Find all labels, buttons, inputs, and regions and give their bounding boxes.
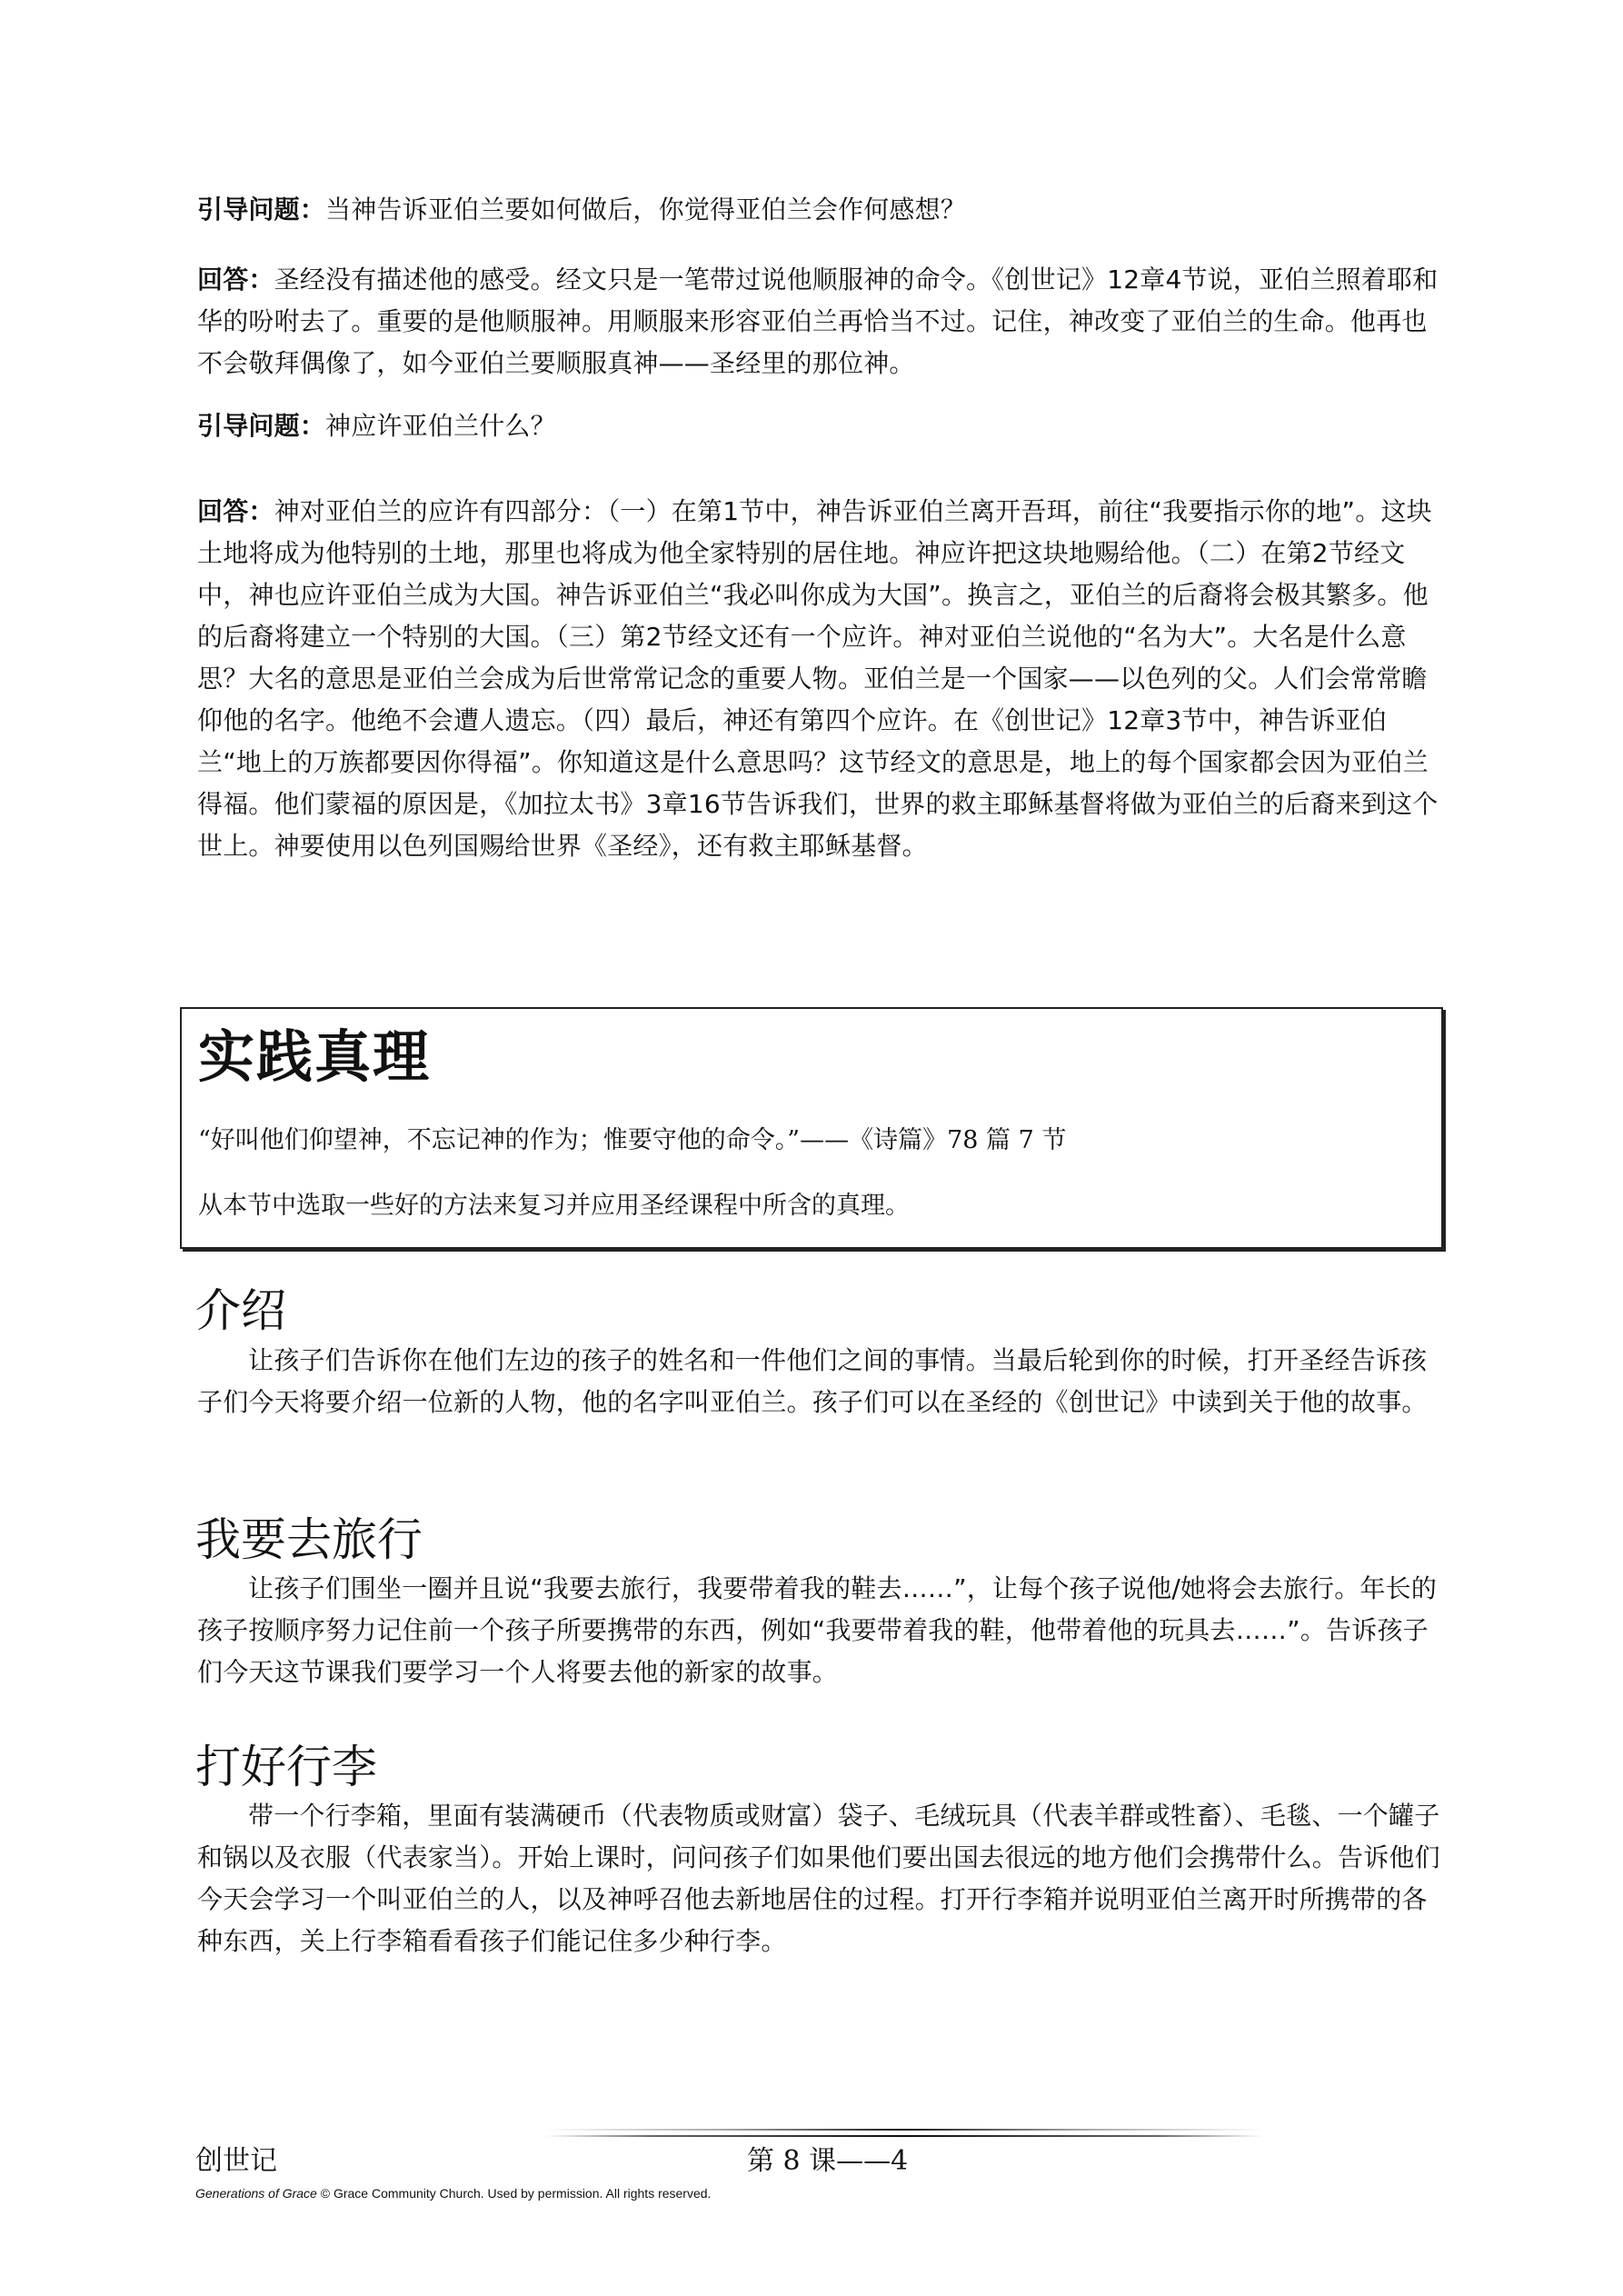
section-heading-trip-game: 我要去旅行 (195, 1514, 423, 1565)
practice-truth-title: 实践真理 (198, 1025, 431, 1089)
section-heading-introduction: 介绍 (195, 1285, 286, 1336)
section-heading-pack-luggage: 打好行李 (195, 1742, 377, 1792)
footer-book-title: 创世记 (195, 2143, 277, 2180)
question-label: 引导问题： (197, 411, 325, 441)
memory-verse: “好叫他们仰望神，不忘记神的作为；惟要守他的命令。”——《诗篇》78 篇 7 节 (198, 1125, 1066, 1156)
answer-2: 回答：神对亚伯兰的应许有四部分：（一）在第1节中，神告诉亚伯兰离开吾珥，前往“我… (197, 491, 1442, 867)
answer-label: 回答： (197, 265, 274, 294)
section-body-pack-luggage: 带一个行李箱，里面有装满硬币（代表物质或财富）袋子、毛绒玩具（代表羊群或牲畜）、… (197, 1795, 1442, 1962)
guiding-question-1: 引导问题：当神告诉亚伯兰要如何做后，你觉得亚伯兰会作何感想？ (197, 189, 1442, 231)
question-text: 当神告诉亚伯兰要如何做后，你觉得亚伯兰会作何感想？ (325, 195, 966, 225)
answer-text: 圣经没有描述他的感受。经文只是一笔带过说他顺服神的命令。《创世记》12章4节说，… (197, 265, 1438, 378)
section-body-trip-game: 让孩子们围坐一圈并且说“我要去旅行，我要带着我的鞋去……”，让每个孩子说他/她将… (197, 1568, 1442, 1693)
answer-text: 神对亚伯兰的应许有四部分：（一）在第1节中，神告诉亚伯兰离开吾珥，前往“我要指示… (197, 496, 1438, 861)
answer-1: 回答：圣经没有描述他的感受。经文只是一笔带过说他顺服神的命令。《创世记》12章4… (197, 259, 1442, 384)
question-label: 引导问题： (197, 195, 325, 225)
footer-page-number: 第 8 课——4 (747, 2143, 908, 2180)
copyright-publication: Generations of Grace (195, 2186, 317, 2201)
document-page: 引导问题：当神告诉亚伯兰要如何做后，你觉得亚伯兰会作何感想？ 回答：圣经没有描述… (0, 0, 1623, 2296)
practice-instruction: 从本节中选取一些好的方法来复习并应用圣经课程中所含的真理。 (198, 1191, 910, 1222)
footer-divider-top (545, 2129, 1263, 2131)
footer-copyright: Generations of Grace © Grace Community C… (195, 2185, 711, 2201)
practice-truth-box: 实践真理 “好叫他们仰望神，不忘记神的作为；惟要守他的命令。”——《诗篇》78 … (180, 1007, 1443, 1249)
copyright-notice: © Grace Community Church. Used by permis… (317, 2186, 712, 2201)
footer-divider-bottom (545, 2135, 1263, 2137)
question-text: 神应许亚伯兰什么？ (325, 411, 556, 441)
guiding-question-2: 引导问题：神应许亚伯兰什么？ (197, 405, 1442, 447)
answer-label: 回答： (197, 496, 274, 526)
section-body-introduction: 让孩子们告诉你在他们左边的孩子的姓名和一件他们之间的事情。当最后轮到你的时候，打… (197, 1340, 1442, 1423)
